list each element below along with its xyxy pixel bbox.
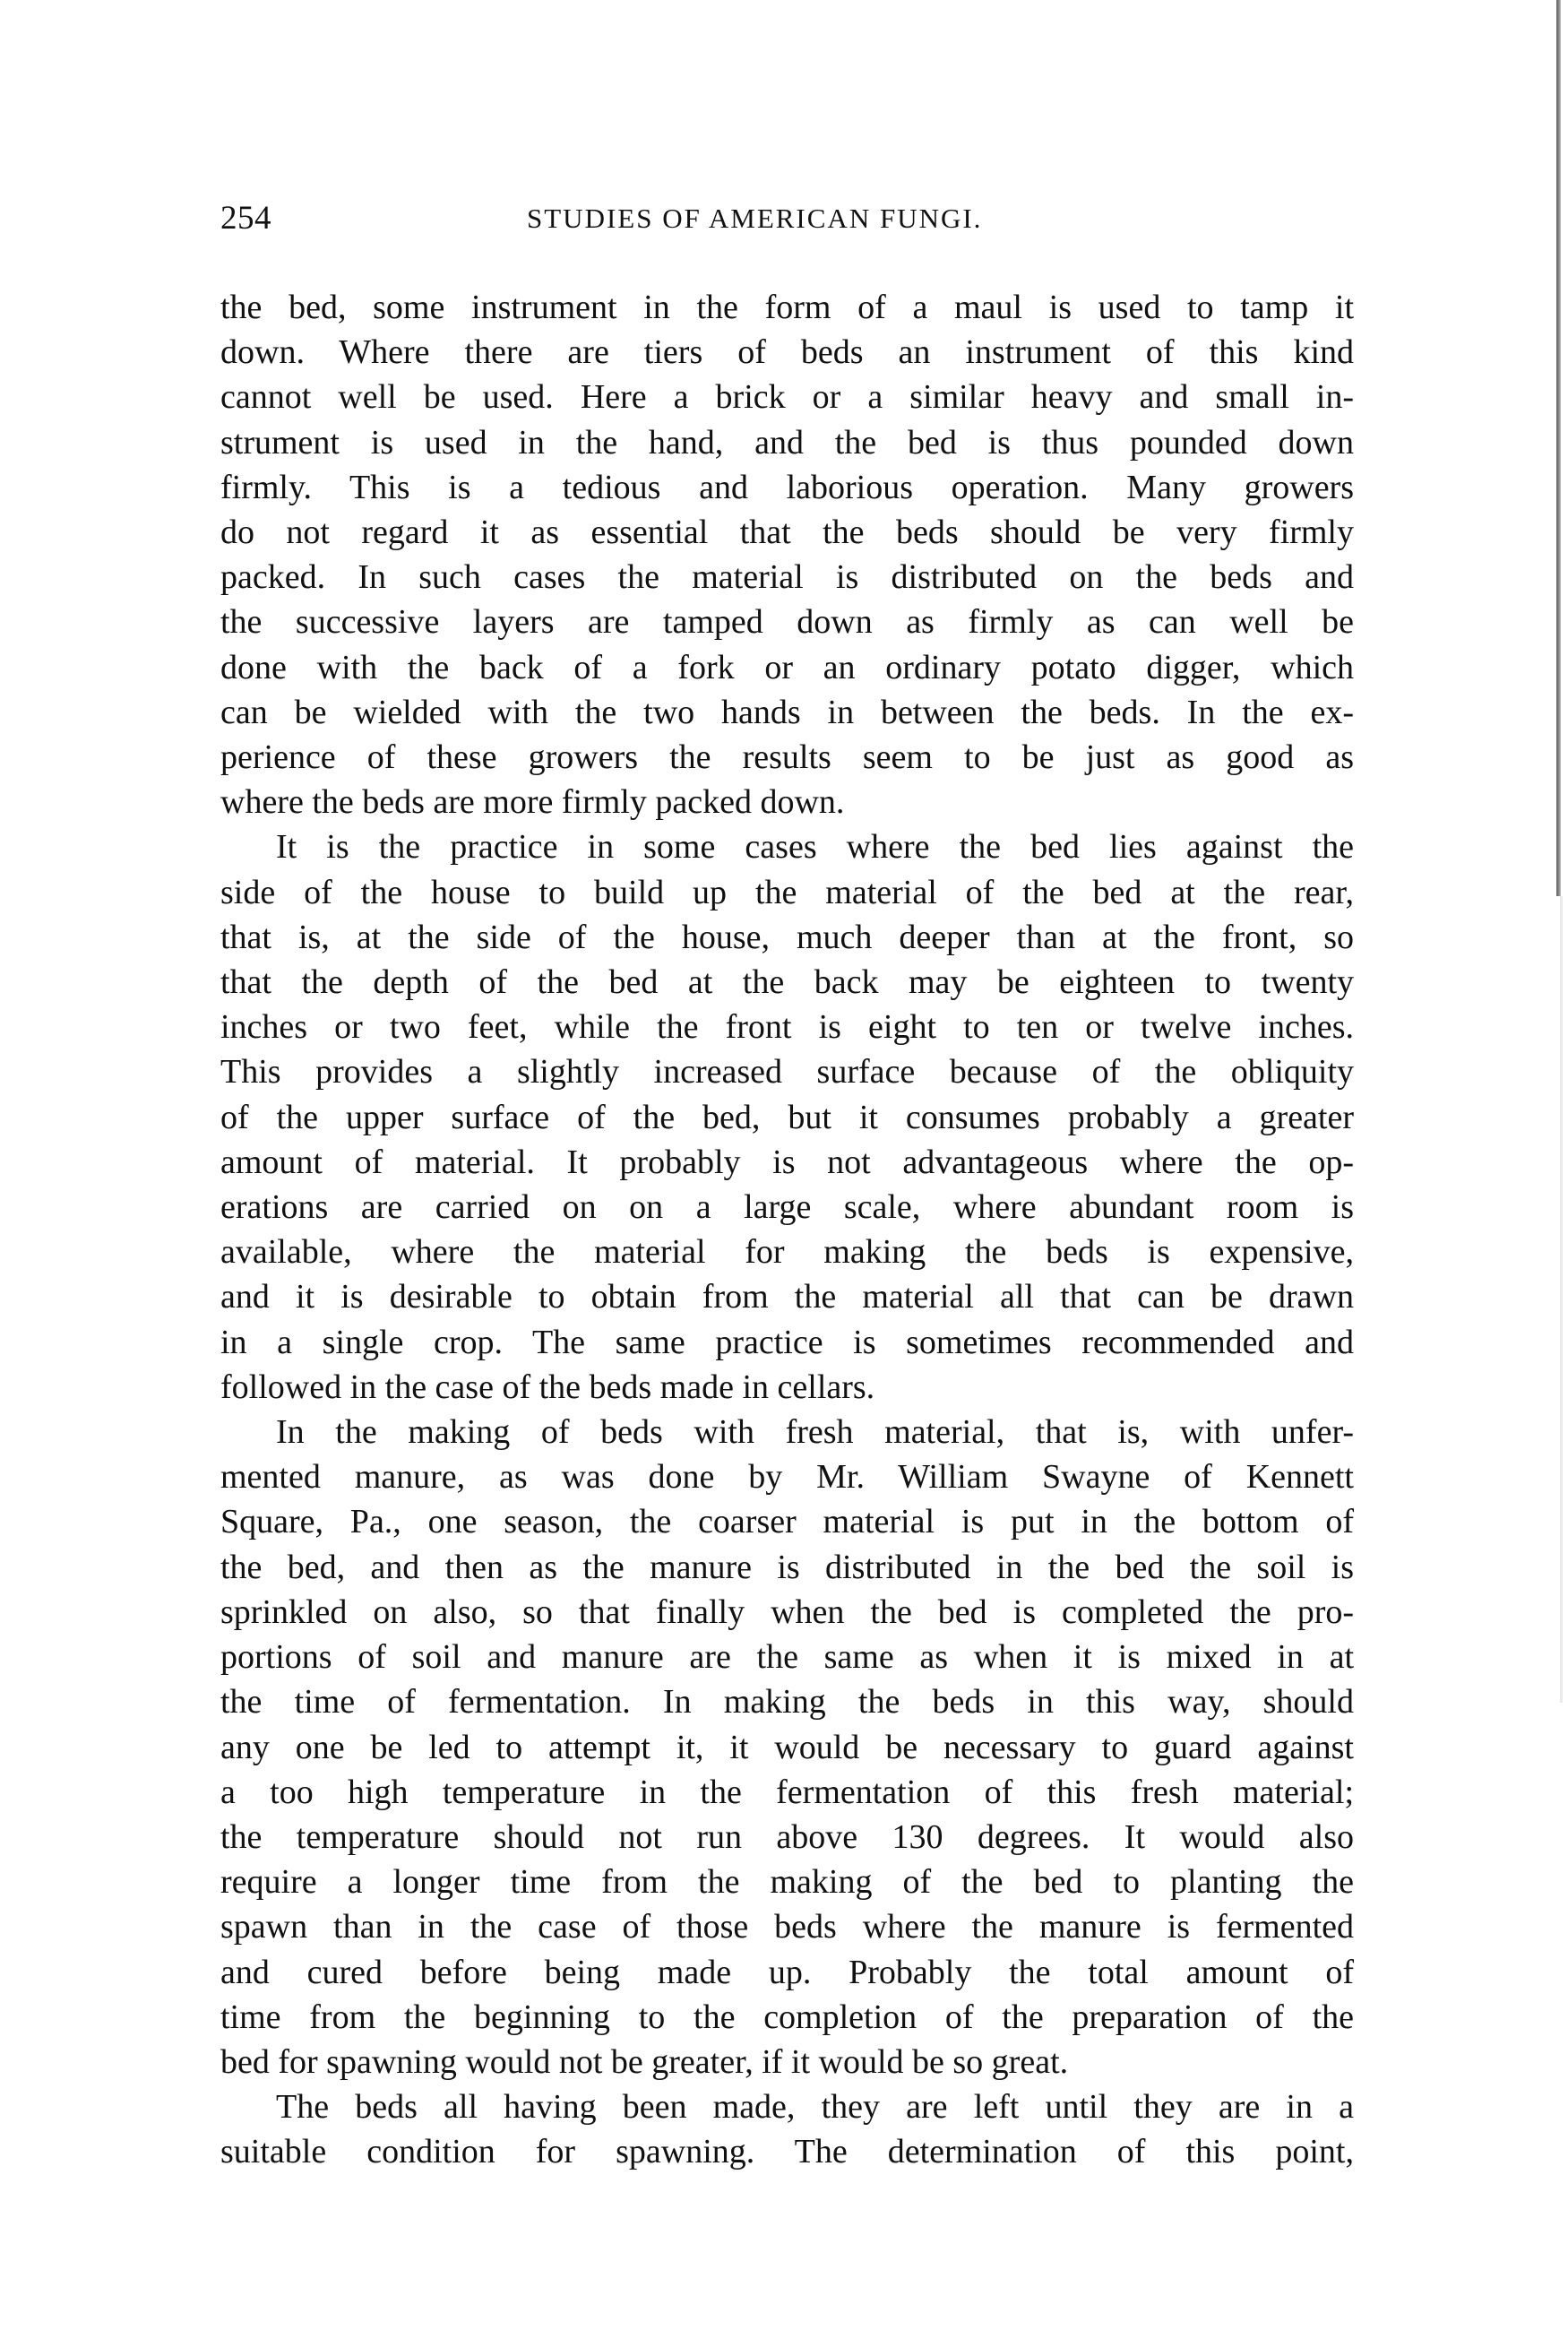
text-line: available, where the material for making… [220,1230,1354,1274]
text-line: where the beds are more firmly packed do… [220,780,1354,824]
text-line: done with the back of a fork or an ordin… [220,645,1354,690]
text-line: The beds all having been made, they are … [220,2084,1354,2129]
page-binding-edge [1556,0,1561,896]
text-line: strument is used in the hand, and the be… [220,420,1354,465]
text-line: erations are carried on on a large scale… [220,1185,1354,1230]
text-line: do not regard it as essential that the b… [220,510,1354,555]
text-line: that the depth of the bed at the back ma… [220,960,1354,1005]
text-line: the time of fermentation. In making the … [220,1679,1354,1724]
text-line: followed in the case of the beds made in… [220,1365,1354,1410]
paragraph-1: the bed, some instrument in the form of … [220,285,1354,824]
text-line: of the upper surface of the bed, but it … [220,1095,1354,1140]
text-line: the successive layers are tamped down as… [220,600,1354,644]
text-line: amount of material. It probably is not a… [220,1140,1354,1185]
text-line: the temperature should not run above 130… [220,1815,1354,1860]
book-page: 254 STUDIES OF AMERICAN FUNGI. the bed, … [0,0,1568,2330]
text-line: and cured before being made up. Probably… [220,1950,1354,1995]
running-header: 254 STUDIES OF AMERICAN FUNGI. [220,199,1358,244]
text-line: bed for spawning would not be greater, i… [220,2040,1354,2084]
text-line: can be wielded with the two hands in bet… [220,690,1354,735]
text-line: sprinkled on also, so that finally when … [220,1590,1354,1635]
text-line: inches or two feet, while the front is e… [220,1005,1354,1049]
text-line: suitable condition for spawning. The det… [220,2129,1354,2174]
text-line: cannot well be used. Here a brick or a s… [220,375,1354,419]
text-line: any one be led to attempt it, it would b… [220,1725,1354,1770]
text-line: perience of these growers the results se… [220,735,1354,780]
text-line: in a single crop. The same practice is s… [220,1320,1354,1365]
text-line: time from the beginning to the completio… [220,1995,1354,2040]
text-line: spawn than in the case of those beds whe… [220,1904,1354,1949]
text-line: the bed, and then as the manure is distr… [220,1545,1354,1590]
paragraph-2: It is the practice in some cases where t… [220,824,1354,1410]
text-line: down. Where there are tiers of beds an i… [220,330,1354,375]
text-line: that is, at the side of the house, much … [220,915,1354,960]
running-title: STUDIES OF AMERICAN FUNGI. [527,203,982,235]
page-binding-shadow [1560,896,1563,1703]
paragraph-4: The beds all having been made, they are … [220,2084,1354,2174]
paragraph-3: In the making of beds with fresh materia… [220,1410,1354,2084]
text-line: a too high temperature in the fermentati… [220,1770,1354,1815]
text-line: This provides a slightly increased surfa… [220,1049,1354,1094]
body-text: the bed, some instrument in the form of … [220,285,1354,2175]
text-line: Square, Pa., one season, the coarser mat… [220,1499,1354,1544]
text-line: the bed, some instrument in the form of … [220,285,1354,330]
text-line: packed. In such cases the material is di… [220,555,1354,600]
page-number: 254 [220,199,271,237]
text-line: and it is desirable to obtain from the m… [220,1274,1354,1319]
text-line: portions of soil and manure are the same… [220,1635,1354,1679]
text-line: require a longer time from the making of… [220,1860,1354,1904]
text-line: firmly. This is a tedious and laborious … [220,465,1354,510]
text-line: It is the practice in some cases where t… [220,824,1354,869]
text-line: mented manure, as was done by Mr. Willia… [220,1454,1354,1499]
text-line: side of the house to build up the materi… [220,870,1354,915]
text-line: In the making of beds with fresh materia… [220,1410,1354,1454]
